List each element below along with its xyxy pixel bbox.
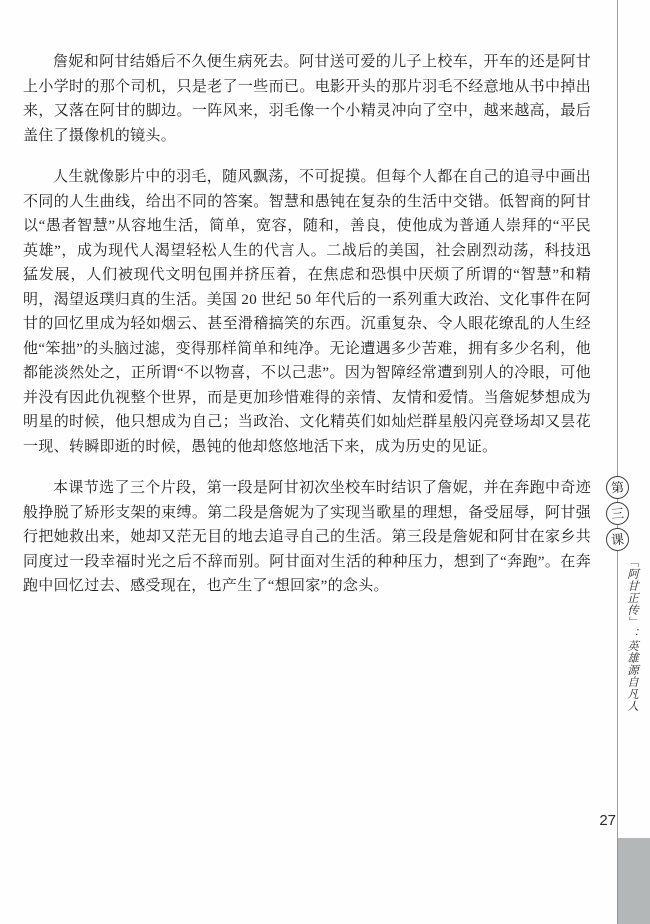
page-number: 27 <box>594 812 616 829</box>
page-corner-tab <box>617 838 650 924</box>
lesson-char-circle: 第 <box>605 475 630 500</box>
lesson-char-circle: 课 <box>605 527 630 552</box>
body-paragraph-2: 人生就像影片中的羽毛，随风飘荡，不可捉摸。但每个人都在自己的追寻中画出不同的人生… <box>23 165 591 459</box>
body-paragraph-1: 詹妮和阿甘结婚后不久便生病死去。阿甘送可爱的儿子上校车，开车的还是阿甘上小学时的… <box>23 50 591 148</box>
body-paragraph-3: 本课节选了三个片段，第一段是阿甘初次坐校车时结识了詹妮，并在奔跑中奇迹般挣脱了矫… <box>23 476 591 599</box>
lesson-char-circle: 三 <box>605 501 630 526</box>
chapter-title-vertical: 「阿甘正传」：英雄源自凡人 <box>624 556 640 706</box>
textbook-page: 詹妮和阿甘结婚后不久便生病死去。阿甘送可爱的儿子上校车，开车的还是阿甘上小学时的… <box>0 0 650 924</box>
lesson-body-text: 詹妮和阿甘结婚后不久便生病死去。阿甘送可爱的儿子上校车，开车的还是阿甘上小学时的… <box>23 50 591 616</box>
lesson-number-badge: 第 三 课 <box>605 476 630 551</box>
sidebar-divider-line <box>617 0 618 838</box>
